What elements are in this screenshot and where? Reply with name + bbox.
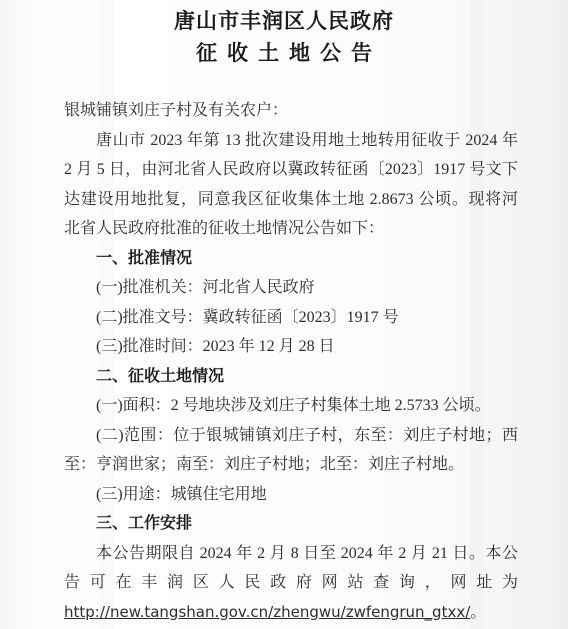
url-suffix: 。 bbox=[470, 604, 486, 621]
document-body: 银城铺镇刘庄子村及有关农户： 唐山市 2023 年第 13 批次建设用地土地转用… bbox=[0, 67, 568, 627]
approval-authority-line: (一)批准机关：河北省人民政府 bbox=[64, 273, 518, 303]
approval-number-line: (二)批准文号：冀政转征函〔2023〕1917 号 bbox=[64, 303, 518, 333]
section-heading-land: 二、征收土地情况 bbox=[64, 362, 518, 392]
land-scope-line: 至：亨润世家；南至：刘庄子村地；北至：刘庄子村地。 bbox=[64, 450, 518, 480]
body-line: 唐山市 2023 年第 13 批次建设用地土地转用征收于 2024 年 bbox=[64, 126, 518, 156]
section-heading-approval: 一、批准情况 bbox=[64, 244, 518, 274]
salutation-line: 银城铺镇刘庄子村及有关农户： bbox=[64, 96, 518, 126]
land-use-line: (三)用途：城镇住宅用地 bbox=[64, 480, 518, 510]
section-heading-work: 三、工作安排 bbox=[64, 509, 518, 539]
notice-period-line: 本公告期限自 2024 年 2 月 8 日至 2024 年 2 月 21 日。本… bbox=[64, 539, 518, 569]
land-scope-line: (二)范围：位于银城铺镇刘庄子村，东至：刘庄子村地；西 bbox=[64, 421, 518, 451]
document-url: http://new.tangshan.gov.cn/zhengwu/zwfen… bbox=[64, 603, 470, 621]
document-title: 唐山市丰润区人民政府 bbox=[0, 9, 568, 35]
website-intro-line: 告可在丰润区人民政府网站查询，网址为 bbox=[64, 568, 518, 598]
document-subtitle: 征收土地公告 bbox=[0, 41, 568, 67]
body-line: 2 月 5 日，由河北省人民政府以冀政转征函〔2023〕1917 号文下 bbox=[64, 155, 518, 185]
document-header: 唐山市丰润区人民政府 征收土地公告 bbox=[0, 0, 568, 67]
approval-date-line: (三)批准时间：2023 年 12 月 28 日 bbox=[64, 332, 518, 362]
body-line: 北省人民政府批准的征收土地情况公告如下： bbox=[64, 214, 518, 244]
land-area-line: (一)面积：2 号地块涉及刘庄子村集体土地 2.5733 公顷。 bbox=[64, 391, 518, 421]
url-line: http://new.tangshan.gov.cn/zhengwu/zwfen… bbox=[64, 598, 518, 628]
body-line: 达建设用地批复，同意我区征收集体土地 2.8673 公顷。现将河 bbox=[64, 185, 518, 215]
scanned-document-page: 唐山市丰润区人民政府 征收土地公告 银城铺镇刘庄子村及有关农户： 唐山市 202… bbox=[0, 0, 568, 629]
